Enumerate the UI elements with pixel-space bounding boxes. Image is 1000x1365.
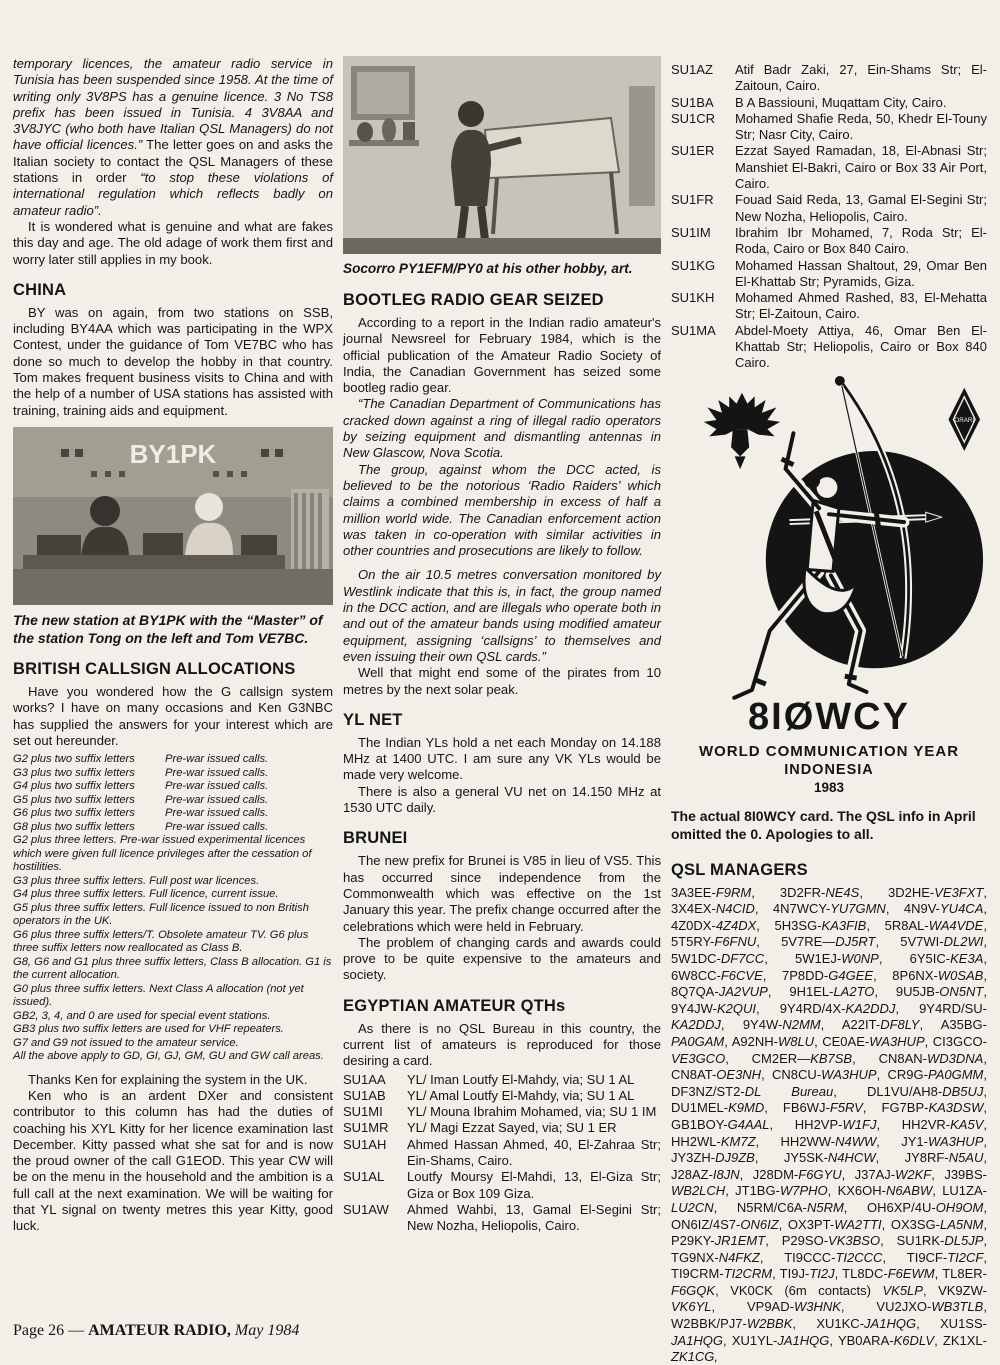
qsl-pair: TI9CCC-TI2CCC bbox=[784, 1250, 907, 1265]
qsl-pair: J28AZ-I8JN bbox=[671, 1167, 753, 1182]
qsl-pair: XU1YL-JA1HQG bbox=[732, 1333, 838, 1348]
qsl-pair: JY1-WA3HUP bbox=[901, 1134, 987, 1149]
column-middle: Socorro PY1EFM/PY0 at his other hobby, a… bbox=[343, 56, 661, 1365]
qsl-manager-call: NE4S bbox=[825, 885, 859, 900]
qsl-manager-call: K6DLV bbox=[894, 1333, 934, 1348]
qsl-pair: HH2WL-KM7Z bbox=[671, 1134, 780, 1149]
qsl-manager-call: JA1HQG bbox=[671, 1333, 723, 1348]
qsl-manager-call: W7PHO bbox=[780, 1183, 828, 1198]
qsl-station-call: YB0ARA bbox=[838, 1333, 889, 1348]
by1pk-photo-illustration: BY1PK bbox=[13, 427, 333, 605]
qsl-station-call: VU2JXO bbox=[876, 1299, 927, 1314]
qsl-station-call: 5V7WI bbox=[900, 934, 939, 949]
by1pk-photo-caption: The new station at BY1PK with the “Maste… bbox=[13, 611, 333, 647]
qsl-station-call: HH2VR bbox=[902, 1117, 946, 1132]
egyptian-address: Mohamed Shafie Reda, 50, Khedr El-Touny … bbox=[735, 111, 987, 144]
qsl-station-call: VP9AD bbox=[747, 1299, 790, 1314]
qsl-station-call: CE0AE bbox=[822, 1034, 865, 1049]
ylnet-heading: YL NET bbox=[343, 711, 661, 730]
g-allocation-call: G4 plus two suffix letters bbox=[13, 780, 165, 794]
orari-diamond-icon: ORARI bbox=[948, 387, 980, 450]
egyptian-address: YL/ Magi Ezzat Sayed, via; SU 1 ER bbox=[407, 1120, 661, 1136]
qsl-manager-call: DF8LY bbox=[880, 1017, 919, 1032]
egyptian-qth-row: SU1AL Loutfy Moursy El-Mahdi, 13, El-Giz… bbox=[343, 1169, 661, 1202]
column-right: SU1AZ Atif Badr Zaki, 27, Ein-Shams Str;… bbox=[671, 56, 987, 1365]
egyptian-qth-row: SU1ER Ezzat Sayed Ramadan, 18, El-Abnasi… bbox=[671, 143, 987, 192]
qsl-station-call: CI3GCO bbox=[933, 1034, 983, 1049]
tunisia-letter-paragraph: temporary licences, the amateur radio se… bbox=[13, 56, 333, 219]
qsl-manager-call: KB7SB bbox=[810, 1051, 852, 1066]
brunei-heading: BRUNEI bbox=[343, 829, 661, 848]
qsl-station-call: JY5SK bbox=[784, 1150, 824, 1165]
qsl-station-call: XU1SS bbox=[940, 1316, 983, 1331]
g-allocation-note: G2 plus three letters. Pre-war issued ex… bbox=[13, 834, 333, 875]
qsl-manager-call: KA3FIB bbox=[822, 918, 867, 933]
egyptian-qth-row: SU1IM Ibrahim Ibr Mohamed, 7, Roda Str; … bbox=[671, 225, 987, 258]
qsl-station-call: 9Y4JW bbox=[671, 1001, 713, 1016]
qsl-station-call: 9H1EL bbox=[789, 984, 829, 999]
qsl-manager-call: K2QUI bbox=[717, 1001, 756, 1016]
qsl-station-call: N5RM/C6A bbox=[737, 1200, 803, 1215]
egyptian-qth-row: SU1AW Ahmed Wahbi, 13, Gamal El-Segini S… bbox=[343, 1202, 661, 1235]
qsl-pair: 5T5RY-F6FNU bbox=[671, 934, 781, 949]
qsl-station-call: XU1YL bbox=[732, 1333, 773, 1348]
qsl-manager-call: JA2VUP bbox=[719, 984, 768, 999]
egyptian-callsign: SU1FR bbox=[671, 192, 735, 225]
qsl-station-call: DL1VU/AH8 bbox=[867, 1084, 938, 1099]
egyptian-qth-row: SU1KG Mohamed Hassan Shaltout, 29, Omar … bbox=[671, 258, 987, 291]
qsl-station-call: OX3SG bbox=[891, 1217, 936, 1232]
qsl-joiner: - bbox=[983, 1333, 987, 1348]
orari-diamond-label: ORARI bbox=[954, 417, 974, 424]
qsl-manager-call: G4AAL bbox=[728, 1117, 770, 1132]
egyptian-callsign: SU1CR bbox=[671, 111, 735, 144]
qsl-station-call: GB1BOY bbox=[671, 1117, 723, 1132]
qsl-pair: VU2JXO-WB3TLB bbox=[876, 1299, 987, 1314]
qsl-manager-call: DF7CC bbox=[721, 951, 764, 966]
qsl-pair: DL1VU/AH8-DB5UJ bbox=[867, 1084, 987, 1099]
qsl-pair: W2BBK/PJ7-W2BBK bbox=[671, 1316, 816, 1331]
g-allocation-row: G5 plus two suffix letters Pre-war issue… bbox=[13, 794, 333, 808]
qsl-station-call: J28AZ bbox=[671, 1167, 709, 1182]
qsl-pair: CN8AN-WD3DNA bbox=[879, 1051, 987, 1066]
egyptian-callsign: SU1MR bbox=[343, 1120, 407, 1136]
qsl-station-call: J28DM bbox=[753, 1167, 794, 1182]
g-allocation-desc: Pre-war issued calls. bbox=[165, 767, 333, 781]
egyptian-qth-row: SU1CR Mohamed Shafie Reda, 50, Khedr El-… bbox=[671, 111, 987, 144]
qsl-pair: 5W1DC-DF7CC bbox=[671, 951, 795, 966]
egyptian-address: YL/ Iman Loutfy El-Mahdy, via; SU 1 AL bbox=[407, 1072, 661, 1088]
wcy-line-world-communication-year: WORLD COMMUNICATION YEAR bbox=[671, 743, 987, 760]
egyptian-qth-list-right: SU1AZ Atif Badr Zaki, 27, Ein-Shams Str;… bbox=[671, 62, 987, 372]
footer-magazine-title: AMATEUR RADIO, bbox=[88, 1322, 231, 1339]
bootleg-heading: BOOTLEG RADIO GEAR SEIZED bbox=[343, 291, 661, 310]
qsl-station-call: CR9G bbox=[888, 1067, 924, 1082]
egyptian-callsign: SU1BA bbox=[671, 95, 735, 111]
qsl-station-call: FG7BP bbox=[882, 1100, 925, 1115]
g-allocation-row: G4 plus two suffix letters Pre-war issue… bbox=[13, 780, 333, 794]
qsl-joiner: - bbox=[983, 1183, 987, 1198]
qsl-station-call: 5T5RY bbox=[671, 934, 710, 949]
qsl-manager-call: YU7GMN bbox=[830, 901, 886, 916]
qsl-managers-list: 3A3EE-F9RM 3D2FR-NE4S 3D2HE-VE3FXT 3X4EX… bbox=[671, 885, 987, 1365]
qsl-manager-call: W0SAB bbox=[938, 968, 984, 983]
qsl-pair: DF3NZ/ST2-DL Bureau bbox=[671, 1084, 867, 1099]
qsl-pair: HH2VP-W1FJ bbox=[795, 1117, 902, 1132]
egyptian-callsign: SU1MI bbox=[343, 1104, 407, 1120]
qsl-pair: CE0AE-WA3HUP bbox=[822, 1034, 933, 1049]
qsl-pair: TG9NX-N4FKZ bbox=[671, 1250, 784, 1265]
china-heading: CHINA bbox=[13, 281, 333, 300]
qsl-pair: CN8AT-OE3NH bbox=[671, 1067, 772, 1082]
wondered-paragraph: It is wondered what is genuine and what … bbox=[13, 219, 333, 268]
qsl-station-call: TI9CRM bbox=[671, 1266, 719, 1281]
qsl-manager-call: DJ5RT bbox=[835, 934, 875, 949]
ylnet-paragraph-1: The Indian YLs hold a net each Monday on… bbox=[343, 735, 661, 784]
qsl-pair: TI9CF-TI2CF bbox=[907, 1250, 987, 1265]
qsl-manager-call: VK5LP bbox=[882, 1283, 922, 1298]
qsl-manager-call: ON6IZ bbox=[740, 1217, 778, 1232]
qsl-station-call: J37AJ bbox=[855, 1167, 891, 1182]
qsl-station-call: TI9CCC bbox=[784, 1250, 831, 1265]
thanks-ken-paragraph: Thanks Ken for explaining the system in … bbox=[13, 1072, 333, 1088]
qsl-manager-call: WA4VDE bbox=[929, 918, 984, 933]
qsl-manager-call: F5RV bbox=[830, 1100, 863, 1115]
qsl-station-call: JY3ZH bbox=[671, 1150, 711, 1165]
qsl-manager-call: YU4CA bbox=[940, 901, 983, 916]
qsl-pair: 9U5JB-ON5NT bbox=[896, 984, 987, 999]
qsl-manager-call: WA3HUP bbox=[821, 1067, 876, 1082]
qsl-station-call: OX3PT bbox=[788, 1217, 830, 1232]
qsl-manager-call: KA2DDJ bbox=[671, 1017, 721, 1032]
qsl-station-call: W2BBK/PJ7 bbox=[671, 1316, 743, 1331]
egyptian-callsign: SU1KG bbox=[671, 258, 735, 291]
g-allocation-row: G8 plus two suffix letters Pre-war issue… bbox=[13, 821, 333, 835]
qsl-station-call: 9U5JB bbox=[896, 984, 935, 999]
qsl-joiner: - bbox=[983, 1266, 987, 1281]
qsl-joiner: - bbox=[983, 1017, 987, 1032]
qsl-manager-call: W3HNK bbox=[794, 1299, 841, 1314]
qsl-station-call: 4N9V bbox=[904, 901, 936, 916]
g-allocation-desc: Pre-war issued calls. bbox=[165, 780, 333, 794]
egyptian-qth-row: SU1AB YL/ Amal Loutfy El-Mahdy, via; SU … bbox=[343, 1088, 661, 1104]
qsl-pair: 4N9V-YU4CA bbox=[904, 901, 987, 916]
qsl-card-artwork: ORARI bbox=[671, 372, 987, 702]
qsl-manager-call: WA2TTI bbox=[834, 1217, 881, 1232]
page-footer: Page 26 — AMATEUR RADIO, May 1984 bbox=[13, 1322, 299, 1340]
qsl-station-call: A22IT bbox=[842, 1017, 876, 1032]
qsl-station-call: CM2ER bbox=[752, 1051, 798, 1066]
qsl-manager-call: F6FNU bbox=[714, 934, 756, 949]
qsl-pair: JT1BG-W7PHO bbox=[735, 1183, 837, 1198]
qsl-pair: SU1RK-DL5JP bbox=[897, 1233, 987, 1248]
egyptian-address: Fouad Said Reda, 13, Gamal El-Segini Str… bbox=[735, 192, 987, 225]
qsl-manager-call: OH9OM bbox=[936, 1200, 984, 1215]
qsl-manager-call: N4FKZ bbox=[719, 1250, 760, 1265]
by1pk-sign-text: BY1PK bbox=[130, 439, 217, 469]
qsl-manager-call: KA3DSW bbox=[928, 1100, 983, 1115]
qsl-station-call: 3D2HE bbox=[888, 885, 930, 900]
bootleg-closing-paragraph: Well that might end some of the pirates … bbox=[343, 665, 661, 698]
qsl-station-call: 5W1EJ bbox=[795, 951, 837, 966]
egyptian-qth-list-left: SU1AA YL/ Iman Loutfy El-Mahdy, via; SU … bbox=[343, 1072, 661, 1235]
british-intro-paragraph: Have you wondered how the G callsign sys… bbox=[13, 684, 333, 749]
qsl-manager-call: N4CID bbox=[716, 901, 755, 916]
egyptian-address: Ezzat Sayed Ramadan, 18, El-Abnasi Str; … bbox=[735, 143, 987, 192]
qsl-manager-call: WA3HUP bbox=[869, 1034, 924, 1049]
g-allocation-call: G6 plus two suffix letters bbox=[13, 807, 165, 821]
ylnet-paragraph-2: There is also a general VU net on 14.150… bbox=[343, 784, 661, 817]
qsl-station-call: VK9ZW bbox=[938, 1283, 983, 1298]
qsl-pair: XU1KC-JA1HQG bbox=[816, 1316, 940, 1331]
egyptian-callsign: SU1IM bbox=[671, 225, 735, 258]
egyptian-address: Loutfy Moursy El-Mahdi, 13, El-Giza Str;… bbox=[407, 1169, 661, 1202]
qsl-manager-call: LU2CN bbox=[671, 1200, 714, 1215]
qsl-manager-call: WB3TLB bbox=[931, 1299, 983, 1314]
qsl-joiner: — bbox=[822, 934, 835, 949]
qsl-pair: TL8DC-F6EWM bbox=[842, 1266, 942, 1281]
qsl-pair: A92NH-W8LU bbox=[732, 1034, 823, 1049]
g-allocation-note: GB2, 3, 4, and 0 are used for special ev… bbox=[13, 1010, 333, 1024]
qsl-station-call: HH2WL bbox=[671, 1134, 717, 1149]
qsl-pair: GB1BOY-G4AAL bbox=[671, 1117, 795, 1132]
qsl-station-call: DF3NZ/ST2 bbox=[671, 1084, 740, 1099]
qsl-pair: TI9J-TI2J bbox=[780, 1266, 842, 1281]
qsl-manager-call: W2KF bbox=[895, 1167, 931, 1182]
qsl-station-call: 4N7WCY bbox=[773, 901, 826, 916]
qsl-pair: OX3PT-WA2TTI bbox=[788, 1217, 891, 1232]
g-allocation-note: G5 plus three suffix letters. Full licen… bbox=[13, 902, 333, 929]
page-columns: temporary licences, the amateur radio se… bbox=[0, 0, 1000, 1365]
wcy-card-illustration: ORARI bbox=[671, 372, 987, 704]
qsl-manager-call: VK6YL bbox=[671, 1299, 711, 1314]
by1pk-station-photo: BY1PK bbox=[13, 427, 333, 605]
qsl-manager-call: F6CVE bbox=[721, 968, 763, 983]
qsl-pair: CM2ER—KB7SB bbox=[752, 1051, 879, 1066]
qsl-manager-call: OE3NH bbox=[716, 1067, 761, 1082]
qsl-joiner: - bbox=[983, 1001, 987, 1016]
g-allocation-call: G8 plus two suffix letters bbox=[13, 821, 165, 835]
qsl-pair: 5H3SG-KA3FIB bbox=[775, 918, 885, 933]
qsl-pair: 7P8DD-G4GEE bbox=[782, 968, 892, 983]
qsl-pair: JY8RF-N5AU bbox=[905, 1150, 987, 1165]
egyptian-address: B A Bassiouni, Muqattam City, Cairo. bbox=[735, 95, 987, 111]
qsl-station-call: 8Q7QA bbox=[671, 984, 714, 999]
qsl-station-call: KX6OH bbox=[838, 1183, 882, 1198]
qsl-station-call: 3X4EX bbox=[671, 901, 711, 916]
qsl-joiner: (6m contacts) bbox=[773, 1283, 883, 1298]
qsl-station-call: 9Y4RD/SU bbox=[919, 1001, 983, 1016]
qsl-station-call: 9Y4RD/4X bbox=[780, 1001, 841, 1016]
egyptian-address: Abdel-Moety Attiya, 46, Omar Ben El-Khat… bbox=[735, 323, 987, 372]
qsl-station-call: LU1ZA bbox=[942, 1183, 982, 1198]
qsl-station-call: TI9J bbox=[780, 1266, 805, 1281]
qsl-pair: 9Y4W-N2MM bbox=[743, 1017, 842, 1032]
qsl-pair: 8Q7QA-JA2VUP bbox=[671, 984, 789, 999]
qsl-joiner: - bbox=[983, 1283, 987, 1298]
qsl-manager-call: DL5JP bbox=[944, 1233, 983, 1248]
qsl-manager-call: KE3A bbox=[950, 951, 983, 966]
wcy-line-year: 1983 bbox=[671, 780, 987, 795]
qsl-station-call: DU1MEL bbox=[671, 1100, 724, 1115]
qsl-station-call: 8P6NX bbox=[892, 968, 933, 983]
bootleg-quote-1: “The Canadian Department of Communicatio… bbox=[343, 396, 661, 461]
egyptian-address: Mohamed Hassan Shaltout, 29, Omar Ben El… bbox=[735, 258, 987, 291]
g-allocation-note: G7 and G9 not issued to the amateur serv… bbox=[13, 1037, 333, 1051]
qsl-manager-call: VE3GCO bbox=[671, 1051, 725, 1066]
qsl-station-call: 3A3EE bbox=[671, 885, 711, 900]
qsl-pair: CR9G-PA0GMM bbox=[888, 1067, 987, 1082]
qsl-manager-call: N4WW bbox=[835, 1134, 876, 1149]
qsl-station-call: SU1RK bbox=[897, 1233, 940, 1248]
qsl-station-call: HH2WW bbox=[780, 1134, 830, 1149]
qsl-manager-call: 4Z4DX bbox=[716, 918, 756, 933]
qsl-pair: OX3SG-LA5NM bbox=[891, 1217, 987, 1232]
qsl-manager-call: DL2WI bbox=[944, 934, 984, 949]
qsl-pair: N5RM/C6A-N5RM bbox=[737, 1200, 867, 1215]
qsl-manager-call: N5RM bbox=[807, 1200, 844, 1215]
socorro-photo-illustration bbox=[343, 56, 661, 254]
qsl-station-call: P29KY bbox=[671, 1233, 710, 1248]
qsl-manager-call: TI2CCC bbox=[835, 1250, 882, 1265]
qsl-pair: JY5SK-N4HCW bbox=[784, 1150, 905, 1165]
qsl-managers-heading: QSL MANAGERS bbox=[671, 861, 987, 880]
egyptian-callsign: SU1AL bbox=[343, 1169, 407, 1202]
qsl-manager-call: KA5V bbox=[950, 1117, 983, 1132]
qsl-manager-call: TI2CF bbox=[947, 1250, 983, 1265]
bootleg-paragraph-1: According to a report in the Indian radi… bbox=[343, 315, 661, 396]
egyptian-callsign: SU1ER bbox=[671, 143, 735, 192]
qsl-pair: P29KY-JR1EMT bbox=[671, 1233, 782, 1248]
g-allocation-notes: G2 plus three letters. Pre-war issued ex… bbox=[13, 834, 333, 1064]
qsl-pair: 8P6NX-W0SAB bbox=[892, 968, 987, 983]
qsl-manager-call: PA0GMM bbox=[928, 1067, 983, 1082]
qsl-station-call: TL8DC bbox=[842, 1266, 883, 1281]
egyptian-qth-row: SU1MI YL/ Mouna Ibrahim Mohamed, via; SU… bbox=[343, 1104, 661, 1120]
g-allocation-row: G2 plus two suffix letters Pre-war issue… bbox=[13, 753, 333, 767]
g-allocation-pairs: G2 plus two suffix letters Pre-war issue… bbox=[13, 753, 333, 834]
qsl-station-call: CN8CU bbox=[772, 1067, 817, 1082]
egyptian-address: YL/ Amal Loutfy El-Mahdy, via; SU 1 AL bbox=[407, 1088, 661, 1104]
qsl-station-call: 4Z0DX bbox=[671, 918, 711, 933]
qsl-pair: DU1MEL-K9MD bbox=[671, 1100, 783, 1115]
qsl-manager-call: W2BBK bbox=[747, 1316, 793, 1331]
qsl-pair: HH2VR-KA5V bbox=[902, 1117, 987, 1132]
g-allocation-desc: Pre-war issued calls. bbox=[165, 753, 333, 767]
qsl-station-call: XU1KC bbox=[816, 1316, 859, 1331]
egyptian-callsign: SU1AA bbox=[343, 1072, 407, 1088]
qsl-manager-call: F6GQK bbox=[671, 1283, 715, 1298]
qsl-joiner: - bbox=[983, 1167, 987, 1182]
egyptian-callsign: SU1KH bbox=[671, 290, 735, 323]
qsl-station-call: CN8AN bbox=[879, 1051, 923, 1066]
qsl-pair: 3X4EX-N4CID bbox=[671, 901, 773, 916]
wcy-line-indonesia: INDONESIA bbox=[671, 762, 987, 778]
qsl-pair: 9Y4JW-K2QUI bbox=[671, 1001, 780, 1016]
egyptian-address: Mohamed Ahmed Rashed, 83, El-Mehatta Str… bbox=[735, 290, 987, 323]
qsl-manager-call: DB5UJ bbox=[942, 1084, 983, 1099]
qsl-pair: VK0CK (6m contacts) VK5LP bbox=[730, 1283, 938, 1298]
g-allocation-note: G8, G6 and G1 plus three suffix letters,… bbox=[13, 956, 333, 983]
g-allocation-note: G3 plus three suffix letters. Full post … bbox=[13, 875, 333, 889]
qsl-pair: 3D2HE-VE3FXT bbox=[888, 885, 987, 900]
qsl-pair: 6W8CC-F6CVE bbox=[671, 968, 782, 983]
qsl-pair: CN8CU-WA3HUP bbox=[772, 1067, 887, 1082]
qsl-station-call: TL8ER bbox=[942, 1266, 982, 1281]
wcy-card-caption: The actual 8I0WCY card. The QSL info in … bbox=[671, 807, 987, 843]
qsl-manager-call: WA3HUP bbox=[928, 1134, 983, 1149]
egyptian-address: Ahmed Wahbi, 13, Gamal El-Segini Str; Ne… bbox=[407, 1202, 661, 1235]
g-allocation-desc: Pre-war issued calls. bbox=[165, 794, 333, 808]
qsl-manager-call: F9RM bbox=[716, 885, 751, 900]
qsl-station-call: 5V7RE bbox=[781, 934, 822, 949]
qsl-station-call: JT1BG bbox=[735, 1183, 775, 1198]
qsl-pair: 5V7RE—DJ5RT bbox=[781, 934, 900, 949]
qsl-pair: 4Z0DX-4Z4DX bbox=[671, 918, 775, 933]
qsl-manager-call: KA2DDJ bbox=[846, 1001, 896, 1016]
qsl-station-call: P29SO bbox=[782, 1233, 824, 1248]
qsl-pair: FB6WJ-F5RV bbox=[783, 1100, 882, 1115]
qsl-pair: A22IT-DF8LY bbox=[842, 1017, 941, 1032]
g-allocation-note: G6 plus three suffix letters/T. Obsolete… bbox=[13, 929, 333, 956]
g-allocation-row: G6 plus two suffix letters Pre-war issue… bbox=[13, 807, 333, 821]
qsl-joiner: - bbox=[983, 1316, 987, 1331]
g-allocation-desc: Pre-war issued calls. bbox=[165, 807, 333, 821]
g-allocation-call: G3 plus two suffix letters bbox=[13, 767, 165, 781]
ken-kitty-paragraph: Ken who is an ardent DXer and consistent… bbox=[13, 1088, 333, 1235]
g-allocation-call: G2 plus two suffix letters bbox=[13, 753, 165, 767]
qsl-station-call: 3D2FR bbox=[780, 885, 821, 900]
column-left: temporary licences, the amateur radio se… bbox=[13, 56, 333, 1365]
qsl-station-call: 5W1DC bbox=[671, 951, 717, 966]
qsl-manager-call: KM7Z bbox=[721, 1134, 756, 1149]
g-allocation-desc: Pre-war issued calls. bbox=[165, 821, 333, 835]
qsl-manager-call: K9MD bbox=[728, 1100, 764, 1115]
qsl-pair: 4N7WCY-YU7GMN bbox=[773, 901, 904, 916]
egyptian-qth-intro: As there is no QSL Bureau in this countr… bbox=[343, 1021, 661, 1070]
qsl-pair: FG7BP-KA3DSW bbox=[882, 1100, 988, 1115]
qsl-manager-call: DL Bureau bbox=[745, 1084, 834, 1099]
egyptian-address: Ibrahim Ibr Mohamed, 7, Roda Str; El-Rod… bbox=[735, 225, 987, 258]
egyptian-address: YL/ Mouna Ibrahim Mohamed, via; SU 1 IM bbox=[407, 1104, 661, 1120]
qsl-station-call: OH6XP/4U bbox=[867, 1200, 931, 1215]
footer-page-number: Page 26 bbox=[13, 1322, 64, 1339]
qsl-station-call: 7P8DD bbox=[782, 968, 824, 983]
qsl-manager-call: DJ9ZB bbox=[715, 1150, 755, 1165]
qsl-manager-call: LA5NM bbox=[940, 1217, 983, 1232]
qsl-station-call: FB6WJ bbox=[783, 1100, 826, 1115]
egyptian-qth-row: SU1AZ Atif Badr Zaki, 27, Ein-Shams Str;… bbox=[671, 62, 987, 95]
qsl-station-call: 6Y5IC bbox=[910, 951, 946, 966]
footer-issue-date: May 1984 bbox=[235, 1322, 299, 1339]
qsl-station-call: J39BS bbox=[944, 1167, 982, 1182]
qsl-manager-call: N6ABW bbox=[886, 1183, 932, 1198]
qsl-station-call: TG9NX bbox=[671, 1250, 714, 1265]
egyptian-address: Ahmed Hassan Ahmed, 40, El-Zahraa Str; E… bbox=[407, 1137, 661, 1170]
qsl-station-call: JY1 bbox=[901, 1134, 923, 1149]
qsl-pair: P29SO-VK3BSO bbox=[782, 1233, 897, 1248]
qsl-joiner: - bbox=[983, 1034, 987, 1049]
qsl-pair: ON6IZ/4S7-ON6IZ bbox=[671, 1217, 788, 1232]
qsl-manager-call: ZK1CG, bbox=[671, 1349, 718, 1364]
g-allocation-row: G3 plus two suffix letters Pre-war issue… bbox=[13, 767, 333, 781]
egyptian-qth-row: SU1MR YL/ Magi Ezzat Sayed, via; SU 1 ER bbox=[343, 1120, 661, 1136]
g-allocation-note: G4 plus three suffix letters. Full licen… bbox=[13, 888, 333, 902]
qsl-manager-call: F6EWM bbox=[888, 1266, 935, 1281]
qsl-station-call: HH2VP bbox=[795, 1117, 838, 1132]
egyptian-qth-row: SU1BA B A Bassiouni, Muqattam City, Cair… bbox=[671, 95, 987, 111]
egyptian-qth-row: SU1FR Fouad Said Reda, 13, Gamal El-Segi… bbox=[671, 192, 987, 225]
